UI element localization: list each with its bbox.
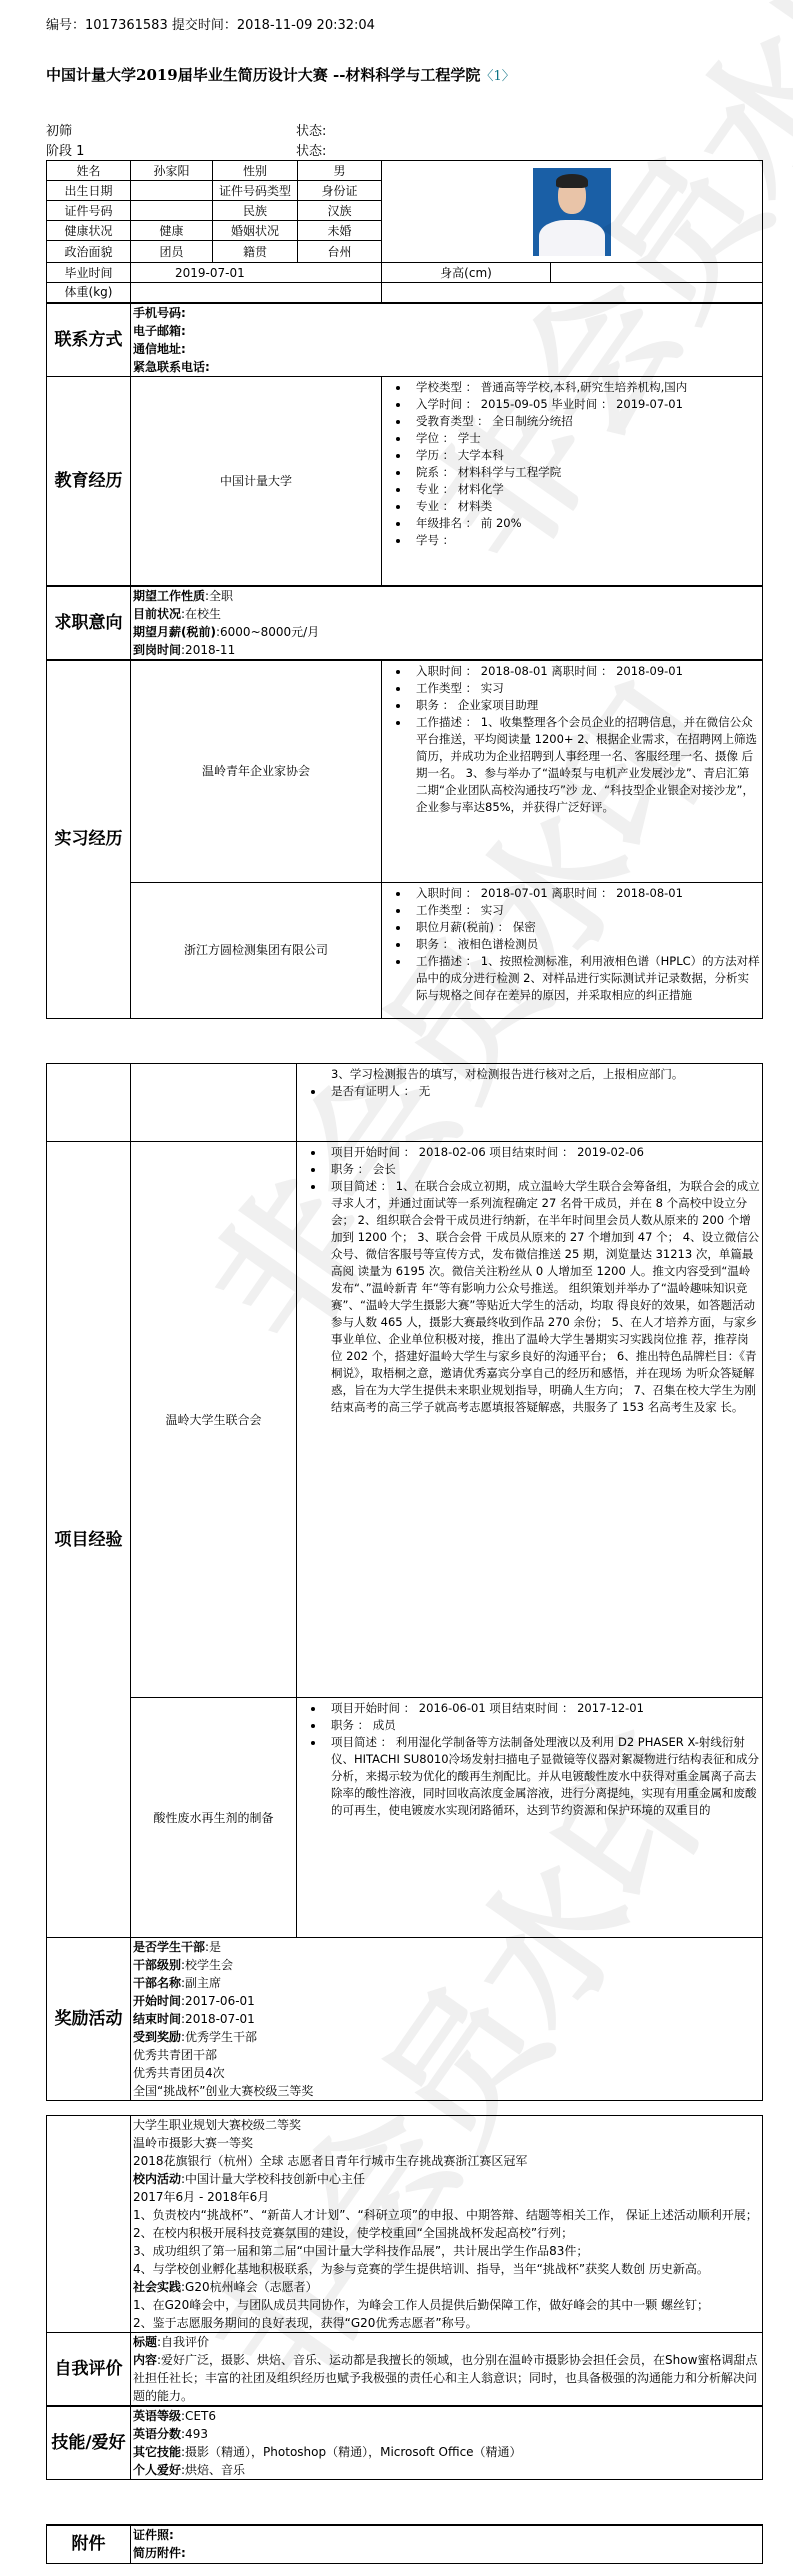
- resume-table-page2: 3、学习检测报告的填写，对检测报告进行核对之后，上报相应部门。 是否有证明人 ：…: [46, 1063, 763, 2101]
- intent-info: 期望工作性质:全职 目前状况:在校生 期望月薪(税前):6000~8000元/月…: [131, 586, 763, 660]
- self-eval-content-value: :爱好广泛，摄影、烘焙、音乐、运动都是我擅长的领域，也分别在温岭市摄影协会担任会…: [133, 2353, 757, 2403]
- internship-company-1: 温岭青年企业家协会: [131, 660, 382, 882]
- other-skills-value: :摄影（精通），Photoshop（精通），Microsoft Office（精…: [181, 2445, 522, 2459]
- internship-continued: 3、学习检测报告的填写，对检测报告进行核对之后，上报相应部门。 是否有证明人 ：…: [297, 1064, 763, 1142]
- internship-item: 工作类型 ： 实习: [406, 680, 760, 697]
- contact-info: 手机号码: 电子邮箱: 通信地址: 紧急联系电话:: [131, 303, 763, 377]
- section-self-eval: 自我评价: [47, 2333, 131, 2407]
- project-name-2: 酸性废水再生剂的制备: [131, 1698, 297, 1938]
- title-text: 中国计量大学2019届毕业生简历设计大赛 --材料科学与工程学院: [46, 66, 480, 84]
- id-type-value: 身份证: [298, 181, 382, 201]
- internship-item: 工作描述 ： 1、按照检测标准，利用液相色谱（HPLC）的方法对样品中的成分进行…: [406, 953, 760, 1004]
- education-details: 学校类型 ： 普通高等学校,本科,研究生培养机构,国内 入学时间 ： 2015-…: [382, 376, 763, 586]
- campus-line: 2017年6月 - 2018年6月: [133, 2188, 760, 2206]
- birth-label: 出生日期: [47, 181, 131, 201]
- internship-item: 职位月薪(税前) ： 保密: [406, 919, 760, 936]
- id-no-label: 证件号码: [47, 201, 131, 221]
- campus-line: 2、在校内积极开展科技竞赛氛围的建设，使学校重回“全国挑战杯发起高校”行列；: [133, 2224, 760, 2242]
- project-details-1: 项目开始时间 ： 2018-02-06 项目结束时间 ： 2019-02-06 …: [297, 1142, 763, 1698]
- skills-info: 英语等级:CET6 英语分数:493 其它技能:摄影（精通），Photoshop…: [131, 2406, 763, 2480]
- social-value: :G20杭州峰会（志愿者）: [181, 2280, 318, 2294]
- award-value: :优秀学生干部: [181, 2030, 257, 2044]
- end-value: :2018-07-01: [181, 2012, 255, 2026]
- weight-label: 体重(kg): [47, 283, 131, 303]
- section-attachments: 附件: [47, 2525, 131, 2563]
- section-awards: 奖励活动: [47, 1938, 131, 2101]
- name-label: 姓名: [47, 161, 131, 181]
- submit-time: 提交时间：2018-11-09 20:32:04: [172, 18, 375, 33]
- social-line: 1、在G20峰会中，与团队成员共同协作，为峰会工作人员提供后勤保障工作，做好峰会…: [133, 2296, 760, 2314]
- attachments-info: 证件照: 简历附件:: [131, 2525, 763, 2563]
- section-internship: 实习经历: [47, 660, 131, 1018]
- edu-item: 学位 ： 学士: [406, 430, 760, 447]
- witness-item: 是否有证明人 ： 无: [321, 1083, 760, 1100]
- ethnic-label: 民族: [213, 201, 298, 221]
- health-value: 健康: [131, 221, 213, 241]
- project-item: 职务 ： 会长: [321, 1161, 760, 1178]
- empty-cell: [47, 1064, 131, 1142]
- stage-2-label: 阶段 1: [46, 140, 84, 159]
- id-photo-attachment[interactable]: 证件照:: [133, 2526, 760, 2544]
- id-type-label: 证件号码类型: [213, 181, 298, 201]
- internship-details-1: 入职时间 ： 2018-08-01 离职时间 ： 2018-09-01 工作类型…: [382, 660, 763, 882]
- section-education: 教育经历: [47, 376, 131, 586]
- empty-cell: [382, 283, 763, 303]
- internship-continued-text: 3、学习检测报告的填写，对检测报告进行核对之后，上报相应部门。: [299, 1066, 760, 1083]
- edu-item: 年级排名 ： 前 20%: [406, 515, 760, 532]
- section-skills: 技能/爱好: [47, 2406, 131, 2480]
- awards-continued: 大学生职业规划大赛校级二等奖 温岭市摄影大赛一等奖 2018花旗银行（杭州）全球…: [131, 2116, 763, 2333]
- end-label: 结束时间: [133, 2012, 181, 2026]
- edu-item: 学历 ： 大学本科: [406, 447, 760, 464]
- weight-value: [131, 283, 382, 303]
- status-label: 目前状况: [133, 607, 181, 621]
- political-label: 政治面貌: [47, 241, 131, 263]
- internship-item: 入职时间 ： 2018-07-01 离职时间 ： 2018-08-01: [406, 885, 760, 902]
- gender-label: 性别: [213, 161, 298, 181]
- self-eval-content-label: 内容: [133, 2353, 157, 2367]
- emergency-phone-field: 紧急联系电话:: [133, 358, 760, 376]
- project-item: 项目简述 ： 利用湿化学制备等方法制备处理液以及利用 D2 PHASER X-射…: [321, 1734, 760, 1819]
- campus-line: 1、负责校内“挑战杯”、“新苗人才计划”、“科研立项”的申报、中期答辩、结题等相…: [133, 2206, 760, 2224]
- internship-details-2: 入职时间 ： 2018-07-01 离职时间 ： 2018-08-01 工作类型…: [382, 882, 763, 1018]
- serial-number: 编号：1017361583: [46, 18, 168, 33]
- self-eval-title-label: 标题: [133, 2335, 157, 2349]
- nature-value: :全职: [205, 589, 233, 603]
- marital-label: 婚姻状况: [213, 221, 298, 241]
- eng-level-value: :CET6: [181, 2409, 216, 2423]
- campus-value: :中国计量大学校科技创新中心主任: [181, 2172, 365, 2186]
- page-title: 中国计量大学2019届毕业生简历设计大赛 --材料科学与工程学院〈1〉: [46, 64, 515, 85]
- profile-photo: [533, 168, 611, 256]
- section-intent: 求职意向: [47, 586, 131, 660]
- edu-item: 入学时间 ： 2015-09-05 毕业时间 ： 2019-07-01: [406, 396, 760, 413]
- political-value: 团员: [131, 241, 213, 263]
- edu-item: 受教育类型 ： 全日制统分统招: [406, 413, 760, 430]
- native-label: 籍贯: [213, 241, 298, 263]
- hobby-label: 个人爱好: [133, 2463, 181, 2477]
- name-value: 孙家阳: [131, 161, 213, 181]
- arrive-label: 到岗时间: [133, 643, 181, 657]
- height-value: [551, 263, 763, 283]
- award-line: 优秀共青团员4次: [133, 2064, 760, 2082]
- salary-value: :6000~8000元/月: [216, 625, 319, 639]
- self-eval-info: 标题:自我评价 内容:爱好广泛，摄影、烘焙、音乐、运动都是我擅长的领域，也分别在…: [131, 2333, 763, 2407]
- award-line: 温岭市摄影大赛一等奖: [133, 2134, 760, 2152]
- campus-line: 3、成功组织了第一届和第二届“中国计量大学科技作品展”，共计展出学生作品83件；: [133, 2242, 760, 2260]
- grad-value: 2019-07-01: [131, 263, 382, 283]
- eng-level-label: 英语等级: [133, 2409, 181, 2423]
- campus-label: 校内活动: [133, 2172, 181, 2186]
- social-line: 2、鉴于志愿服务期间的良好表现，获得“G20优秀志愿者”称号。: [133, 2314, 760, 2332]
- id-no-value: [131, 201, 213, 221]
- arrive-value: :2018-11: [181, 643, 235, 657]
- award-line: 2018花旗银行（杭州）全球 志愿者日青年行城市生存挑战赛浙江赛区冠军: [133, 2152, 760, 2170]
- resume-attachment[interactable]: 简历附件:: [133, 2544, 760, 2562]
- eng-score-value: :493: [181, 2427, 208, 2441]
- address-field: 通信地址:: [133, 340, 760, 358]
- meta-line: 编号：1017361583 提交时间：2018-11-09 20:32:04: [46, 14, 375, 33]
- level-value: :校学生会: [181, 1958, 233, 1972]
- cadre-title-value: :副主席: [181, 1976, 221, 1990]
- eng-score-label: 英语分数: [133, 2427, 181, 2441]
- section-projects: 项目经验: [47, 1142, 131, 1938]
- cadre-title-label: 干部名称: [133, 1976, 181, 1990]
- internship-item: 工作描述 ： 1、收集整理各个会员企业的招聘信息，并在微信公众平台推送，平均阅读…: [406, 714, 760, 816]
- hobby-value: :烘焙、音乐: [181, 2463, 245, 2477]
- ethnic-value: 汉族: [298, 201, 382, 221]
- school-name: 中国计量大学: [131, 376, 382, 586]
- grad-label: 毕业时间: [47, 263, 131, 283]
- award-line: 全国“挑战杯”创业大赛校级三等奖: [133, 2082, 760, 2100]
- level-label: 干部级别: [133, 1958, 181, 1972]
- empty-cell: [131, 1064, 297, 1142]
- campus-line: 4、与学校创业孵化基地积极联系，为参与竞赛的学生提供培训、指导，当年“挑战杯”获…: [133, 2260, 760, 2278]
- resume-table-page1: 姓名 孙家阳 性别 男 出生日期 证件号码类型 身份证 证件号码 民族 汉族 健…: [46, 160, 763, 1019]
- stage-1-label: 初筛: [46, 120, 72, 139]
- internship-item: 入职时间 ： 2018-08-01 离职时间 ： 2018-09-01: [406, 663, 760, 680]
- stage-2-status: 状态:: [296, 140, 326, 159]
- cadre-value: :是: [205, 1940, 221, 1954]
- gender-value: 男: [298, 161, 382, 181]
- awards-info: 是否学生干部:是 干部级别:校学生会 干部名称:副主席 开始时间:2017-06…: [131, 1938, 763, 2101]
- internship-company-2: 浙江方圆检测集团有限公司: [131, 882, 382, 1018]
- edu-item: 院系 ： 材料科学与工程学院: [406, 464, 760, 481]
- project-item: 职务 ： 成员: [321, 1717, 760, 1734]
- status-value: :在校生: [181, 607, 221, 621]
- project-name-1: 温岭大学生联合会: [131, 1142, 297, 1698]
- nature-label: 期望工作性质: [133, 589, 205, 603]
- email-field: 电子邮箱:: [133, 322, 760, 340]
- start-value: :2017-06-01: [181, 1994, 255, 2008]
- cadre-label: 是否学生干部: [133, 1940, 205, 1954]
- birth-value: [131, 181, 213, 201]
- other-skills-label: 其它技能: [133, 2445, 181, 2459]
- internship-item: 职务 ： 企业家项目助理: [406, 697, 760, 714]
- start-label: 开始时间: [133, 1994, 181, 2008]
- self-eval-title-value: :自我评价: [157, 2335, 209, 2349]
- social-label: 社会实践: [133, 2280, 181, 2294]
- edu-item: 专业 ： 材料类: [406, 498, 760, 515]
- native-value: 台州: [298, 241, 382, 263]
- internship-item: 职务 ： 液相色谱检测员: [406, 936, 760, 953]
- health-label: 健康状况: [47, 221, 131, 241]
- empty-cell: [47, 2116, 131, 2333]
- edu-item: 学校类型 ： 普通高等学校,本科,研究生培养机构,国内: [406, 379, 760, 396]
- project-item: 项目开始时间 ： 2018-02-06 项目结束时间 ： 2019-02-06: [321, 1144, 760, 1161]
- phone-field: 手机号码:: [133, 304, 760, 322]
- project-item: 项目简述 ： 1、在联合会成立初期，成立温岭大学生联合会筹备组，为联合会的成立寻…: [321, 1178, 760, 1416]
- project-details-2: 项目开始时间 ： 2016-06-01 项目结束时间 ： 2017-12-01 …: [297, 1698, 763, 1938]
- photo-cell: [382, 161, 763, 263]
- edu-item: 学号 ：: [406, 532, 760, 549]
- award-label: 受到奖励: [133, 2030, 181, 2044]
- section-contact: 联系方式: [47, 303, 131, 377]
- project-item: 项目开始时间 ： 2016-06-01 项目结束时间 ： 2017-12-01: [321, 1700, 760, 1717]
- internship-item: 工作类型 ： 实习: [406, 902, 760, 919]
- edu-item: 专业 ： 材料化学: [406, 481, 760, 498]
- height-label: 身高(cm): [382, 263, 551, 283]
- award-line: 优秀共青团干部: [133, 2046, 760, 2064]
- attachments-table: 附件 证件照: 简历附件:: [46, 2524, 763, 2564]
- stage-1-status: 状态:: [296, 120, 326, 139]
- award-line: 大学生职业规划大赛校级二等奖: [133, 2116, 760, 2134]
- salary-label: 期望月薪(税前): [133, 625, 216, 639]
- resume-table-page3: 大学生职业规划大赛校级二等奖 温岭市摄影大赛一等奖 2018花旗银行（杭州）全球…: [46, 2115, 763, 2480]
- title-sup-link[interactable]: 〈1〉: [480, 69, 514, 84]
- marital-value: 未婚: [298, 221, 382, 241]
